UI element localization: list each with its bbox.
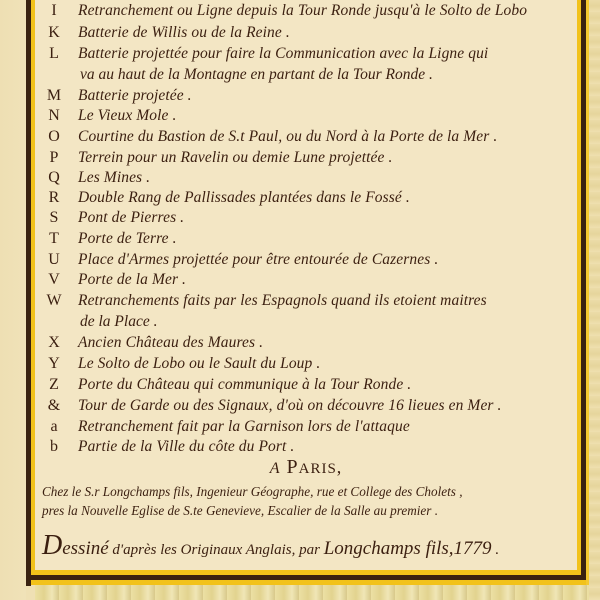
legend-text: Batterie de Willis ou de la Reine . xyxy=(78,24,290,42)
legend-item: X Ancien Château des Maures . xyxy=(35,332,577,354)
legend-item-continuation: va au haut de la Montagne en partant de … xyxy=(35,64,577,86)
legend-key: P xyxy=(41,149,67,167)
legend-text: Batterie projetée . xyxy=(78,87,192,105)
legend-key: T xyxy=(41,230,67,248)
credit-signature: Longchamps fils,1779 xyxy=(324,538,492,559)
legend-key: V xyxy=(41,271,67,289)
engraver-credit: Dessiné d'après les Originaux Anglais, p… xyxy=(42,530,499,562)
legend-text: Pont de Pierres . xyxy=(78,209,184,227)
legend-text: Place d'Armes projettée pour être entour… xyxy=(78,251,438,269)
legend-text: Porte de Terre . xyxy=(78,230,177,248)
legend-key: Q xyxy=(41,169,67,187)
legend-key: b xyxy=(41,438,67,456)
credit-word-rest: essiné xyxy=(62,538,108,559)
legend-text-continuation: de la Place . xyxy=(80,313,157,331)
city-initial: P xyxy=(286,456,298,478)
paper-margin-left xyxy=(0,0,26,600)
credit-dropcap: D xyxy=(42,530,62,561)
legend-item: Z Porte du Château qui communique à la T… xyxy=(35,374,577,396)
legend-key: S xyxy=(41,209,67,227)
legend-item: R Double Rang de Pallissades plantées da… xyxy=(35,187,577,209)
legend-key: K xyxy=(41,24,67,42)
legend-item: N Le Vieux Mole . xyxy=(35,105,577,127)
legend-item: I Retranchement ou Ligne depuis la Tour … xyxy=(35,0,577,22)
legend-text: Batterie projettée pour faire la Communi… xyxy=(78,45,488,63)
city-suffix: , xyxy=(337,457,343,477)
legend-key: M xyxy=(41,87,67,105)
legend-text: Double Rang de Pallissades plantées dans… xyxy=(78,189,410,207)
legend-item: L Batterie projettée pour faire la Commu… xyxy=(35,43,577,65)
credit-middle: d'après les Originaux Anglais, par xyxy=(109,542,324,558)
legend-text: Courtine du Bastion de S.t Paul, ou du N… xyxy=(78,128,497,146)
legend-text: Retranchements faits par les Espagnols q… xyxy=(78,292,487,310)
legend-item: & Tour de Garde ou des Signaux, d'où on … xyxy=(35,395,577,417)
legend-text: Ancien Château des Maures . xyxy=(78,334,263,352)
legend-item: Q Les Mines . xyxy=(35,167,577,189)
legend-key: W xyxy=(41,292,67,310)
legend-item: K Batterie de Willis ou de la Reine . xyxy=(35,22,577,44)
city-rest: ARIS xyxy=(299,461,337,477)
legend-text: Le Solto de Lobo ou le Sault du Loup . xyxy=(78,355,320,373)
legend-text: Les Mines . xyxy=(78,169,150,187)
legend-key: Z xyxy=(41,376,67,394)
city-prefix: A xyxy=(270,460,281,477)
legend-item: M Batterie projetée . xyxy=(35,85,577,107)
frame-color-band-right-outer xyxy=(586,0,589,588)
legend-item: O Courtine du Bastion de S.t Paul, ou du… xyxy=(35,126,577,148)
publisher-city-heading: APARIS, xyxy=(35,456,577,479)
legend-text: Tour de Garde ou des Signaux, d'où on dé… xyxy=(78,397,502,415)
legend-item: T Porte de Terre . xyxy=(35,228,577,250)
legend-text: Porte du Château qui communique à la Tou… xyxy=(78,376,411,394)
legend-item: S Pont de Pierres . xyxy=(35,207,577,229)
legend-item: b Partie de la Ville du côte du Port . xyxy=(35,436,577,458)
legend-key: a xyxy=(41,418,67,436)
legend-item: W Retranchements faits par les Espagnols… xyxy=(35,290,577,312)
credit-end: . xyxy=(492,542,500,558)
legend-item-continuation: de la Place . xyxy=(35,311,577,333)
publisher-address-line-2: pres la Nouvelle Eglise de S.te Geneviev… xyxy=(42,503,438,519)
legend-text: Le Vieux Mole . xyxy=(78,107,176,125)
legend-key: N xyxy=(41,107,67,125)
legend-key: R xyxy=(41,189,67,207)
legend-text: Retranchement ou Ligne depuis la Tour Ro… xyxy=(78,2,527,20)
legend-key: Y xyxy=(41,355,67,373)
legend-text: Terrein pour un Ravelin ou demie Lune pr… xyxy=(78,149,392,167)
legend-item: a Retranchement fait par la Garnison lor… xyxy=(35,416,577,438)
map-fragment-bottom xyxy=(35,585,589,600)
legend-text-continuation: va au haut de la Montagne en partant de … xyxy=(80,66,433,84)
legend-text: Porte de la Mer . xyxy=(78,271,186,289)
legend-key: L xyxy=(41,45,67,63)
publisher-address-line-1: Chez le S.r Longchamps fils, Ingenieur G… xyxy=(42,484,463,500)
legend-text: Retranchement fait par la Garnison lors … xyxy=(78,418,410,436)
legend-item: Y Le Solto de Lobo ou le Sault du Loup . xyxy=(35,353,577,375)
legend-key: & xyxy=(41,397,67,415)
legend-item: P Terrein pour un Ravelin ou demie Lune … xyxy=(35,147,577,169)
legend-key: I xyxy=(41,2,67,20)
legend-key: U xyxy=(41,251,67,269)
legend-item: V Porte de la Mer . xyxy=(35,269,577,291)
legend-item: U Place d'Armes projettée pour être ento… xyxy=(35,249,577,271)
legend-key: O xyxy=(41,128,67,146)
legend-text: Partie de la Ville du côte du Port . xyxy=(78,438,294,456)
legend-key: X xyxy=(41,334,67,352)
